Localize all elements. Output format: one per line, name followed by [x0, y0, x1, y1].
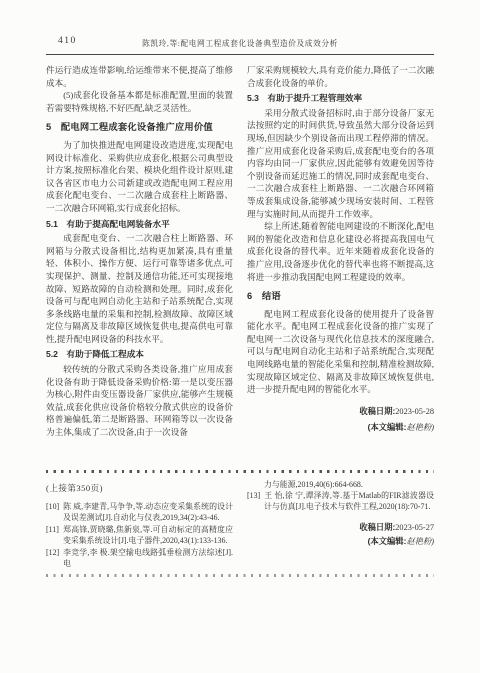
reference-item-text: 李竞学,李 极.架空输电线路弧垂检测方法综述[J].电: [63, 548, 233, 568]
paragraph: (5)成套化设备基本都是标准配置,里面的装置若需要特殊规格,不好匹配,缺乏灵活性…: [46, 89, 233, 114]
paragraph: 采用分散式设备招标时,由于部分设备厂家无法按照约定的时间供货,导致虽然大部分设备…: [247, 107, 434, 220]
received-date-label: 收稿日期:: [359, 406, 395, 416]
section-heading-5-1: 5.1 有助于提高配电网装备水平: [46, 218, 233, 231]
editor-note-label: (本文编辑:: [368, 422, 407, 432]
paragraph: 综上所述,随着智能电网建设的不断深化,配电网的智能化改造和信息化建设必将提高我国…: [247, 220, 434, 283]
reference-item-text: 郑高锋,贾晓璐,焦新泉,等.可自动标定的高精度应变采集系统设计[J].电子器件,…: [63, 525, 233, 545]
editor-note-label: (本文编辑:: [368, 536, 407, 546]
article-body: 件运行造成连带影响,给运维带来不便,提高了维修成本。(5)成套化设备基本都是标准…: [46, 64, 434, 460]
header-rule: [46, 54, 434, 55]
reference-continuation: 力与能源,2019,40(6):664-668.: [247, 479, 434, 490]
paragraph: 配电网工程成套化设备的使用提升了设备智能化水平。配电网工程成套化设备的推广实现了…: [247, 308, 434, 396]
running-head: 陈凯玲,等:配电网工程成套化设备典型造价及成效分析: [46, 38, 434, 49]
page-header: 410 陈凯玲,等:配电网工程成套化设备典型造价及成效分析: [46, 36, 434, 49]
reference-item: [10]陈 威,李建青,马争争,等.动态应变采集系统的设计及误差测试[J].自动…: [46, 501, 233, 524]
paragraph-continued: 厂家采购规模较大,具有竞价能力,降低了一二次融合成套化设备的单价。: [247, 64, 434, 89]
paragraph: 成套配电变台、一二次融合柱上断路器、环网箱与分散式设备相比,结构更加紧凑,具有重…: [46, 232, 233, 345]
section-heading-5-3: 5.3 有助于提升工程管理效率: [247, 92, 434, 105]
reference-item-label: [13]: [247, 490, 264, 501]
reference-item: [11]郑高锋,贾晓璐,焦新泉,等.可自动标定的高精度应变采集系统设计[J].电…: [46, 524, 233, 547]
reference-item-label: [10]: [46, 501, 63, 512]
section-heading-6: 6 结语: [247, 290, 434, 303]
reference-item-label: [11]: [46, 524, 63, 535]
continued-from-label: (上接第350页): [46, 483, 233, 494]
editor-note-text: 赵艳粉): [406, 423, 434, 432]
paragraph: 为了加快推进配电网建设改造进度,实现配电网设计标准化、采购供应成套化,根据公司典…: [46, 139, 233, 215]
dotted-divider-bottom: [46, 574, 434, 577]
continued-left-column: (上接第350页)[10]陈 威,李建青,马争争,等.动态应变采集系统的设计及误…: [46, 479, 233, 570]
received-date: 收稿日期:2023-05-27: [247, 522, 434, 533]
reference-item-label: [12]: [46, 547, 63, 558]
reference-item-text: 王 怡,徐 宁,谭泽涛,等.基于Matlab的FIR滤波器设计与仿真[J].电子…: [264, 491, 434, 511]
received-date: 收稿日期:2023-05-28: [247, 405, 434, 419]
paragraph: 较传统的分散式采购各类设备,推广应用成套化设备有助于降低设备采购价格:第一是以变…: [46, 363, 233, 439]
received-date-text: 2023-05-27: [395, 523, 434, 532]
right-column: 厂家采购规模较大,具有竞价能力,降低了一二次融合成套化设备的单价。5.3 有助于…: [247, 64, 434, 460]
section-heading-5-2: 5.2 有助于降低工程成本: [46, 348, 233, 361]
left-column: 件运行造成连带影响,给运维带来不便,提高了维修成本。(5)成套化设备基本都是标准…: [46, 64, 233, 460]
paper-page: 410 陈凯玲,等:配电网工程成套化设备典型造价及成效分析 件运行造成连带影响,…: [0, 0, 480, 673]
reference-item: [12]李竞学,李 极.架空输电线路弧垂检测方法综述[J].电: [46, 547, 233, 570]
reference-item-text: 陈 威,李建青,马争争,等.动态应变采集系统的设计及误差测试[J].自动化与仪表…: [63, 502, 233, 522]
continued-section: (上接第350页)[10]陈 威,李建青,马争争,等.动态应变采集系统的设计及误…: [46, 479, 434, 570]
editor-note: (本文编辑:赵艳粉): [247, 536, 434, 547]
continued-right-column: 力与能源,2019,40(6):664-668.[13]王 怡,徐 宁,谭泽涛,…: [247, 479, 434, 570]
received-date-label: 收稿日期:: [359, 522, 395, 532]
received-date-text: 2023-05-28: [395, 407, 434, 416]
editor-note-text: 赵艳粉): [406, 537, 434, 546]
dotted-divider-top: [46, 470, 434, 473]
reference-item: [13]王 怡,徐 宁,谭泽涛,等.基于Matlab的FIR滤波器设计与仿真[J…: [247, 490, 434, 513]
section-heading-5: 5 配电网工程成套化设备推广应用价值: [46, 121, 233, 134]
paragraph-continued: 件运行造成连带影响,给运维带来不便,提高了维修成本。: [46, 64, 233, 89]
editor-note: (本文编辑:赵艳粉): [247, 421, 434, 435]
